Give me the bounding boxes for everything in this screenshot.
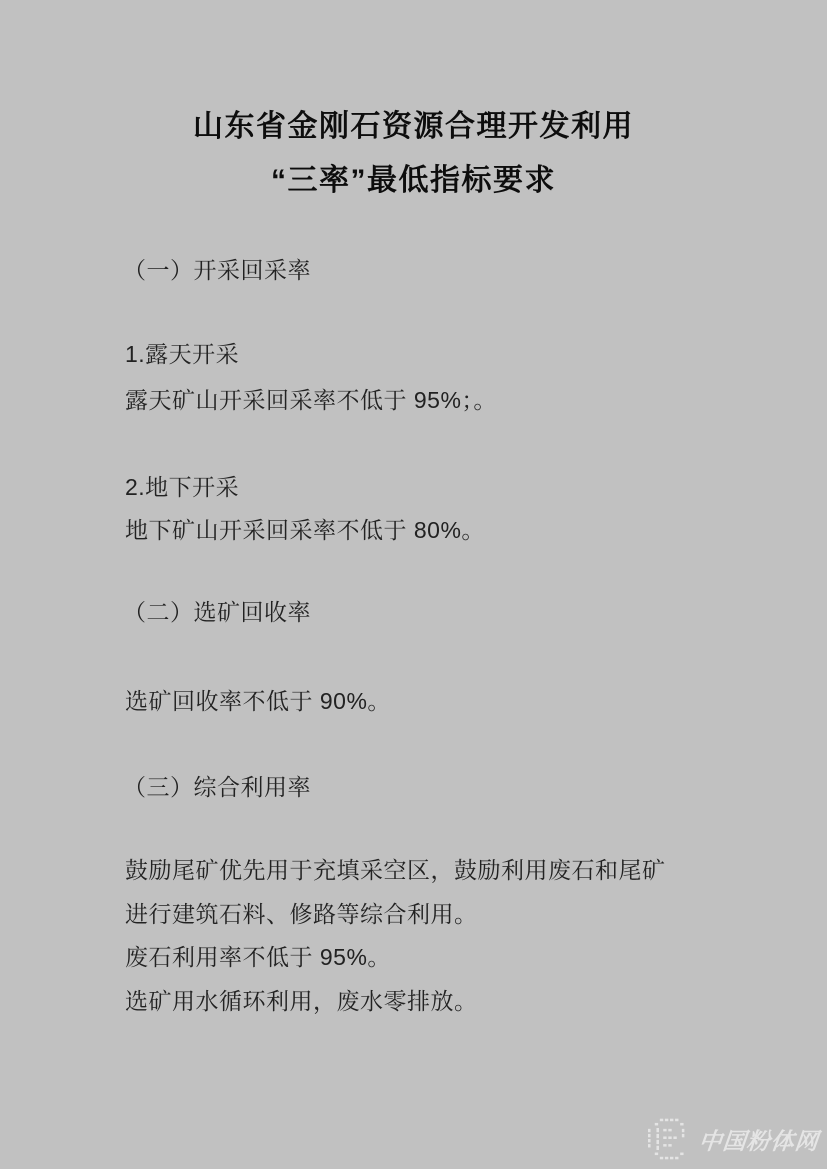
document-title-line1: 山东省金刚石资源合理开发利用 [0,110,827,144]
section-1-item-2-label: 2.地下开采 [125,474,239,501]
section-3-line-2: 进行建筑石料、修路等综合利用。 [125,901,478,928]
document-page: 山东省金刚石资源合理开发利用 “三率”最低指标要求 （一）开采回采率 1.露天开… [0,0,827,1169]
section-1-item-1-label: 1.露天开采 [125,341,239,368]
section-1-item-1-text: 露天矿山开采回采率不低于 95%；。 [125,387,497,414]
watermark-site-name: 中国粉体网 [697,1123,820,1156]
section-1-item-2-text: 地下矿山开采回采率不低于 80%。 [125,517,485,544]
section-2-heading: （二）选矿回收率 [123,599,311,626]
document-title-line2: “三率”最低指标要求 [0,164,827,198]
china-powder-network-logo-icon [646,1117,694,1161]
watermark: 中国粉体网 [646,1117,819,1161]
section-3-line-3: 废石利用率不低于 95%。 [125,944,391,971]
section-3-heading: （三）综合利用率 [123,774,311,801]
section-3-line-4: 选矿用水循环利用，废水零排放。 [125,988,478,1015]
section-3-line-1: 鼓励尾矿优先用于充填采空区，鼓励利用废石和尾矿 [125,857,666,884]
section-1-heading: （一）开采回采率 [123,257,311,284]
section-2-text: 选矿回收率不低于 90%。 [125,688,391,715]
